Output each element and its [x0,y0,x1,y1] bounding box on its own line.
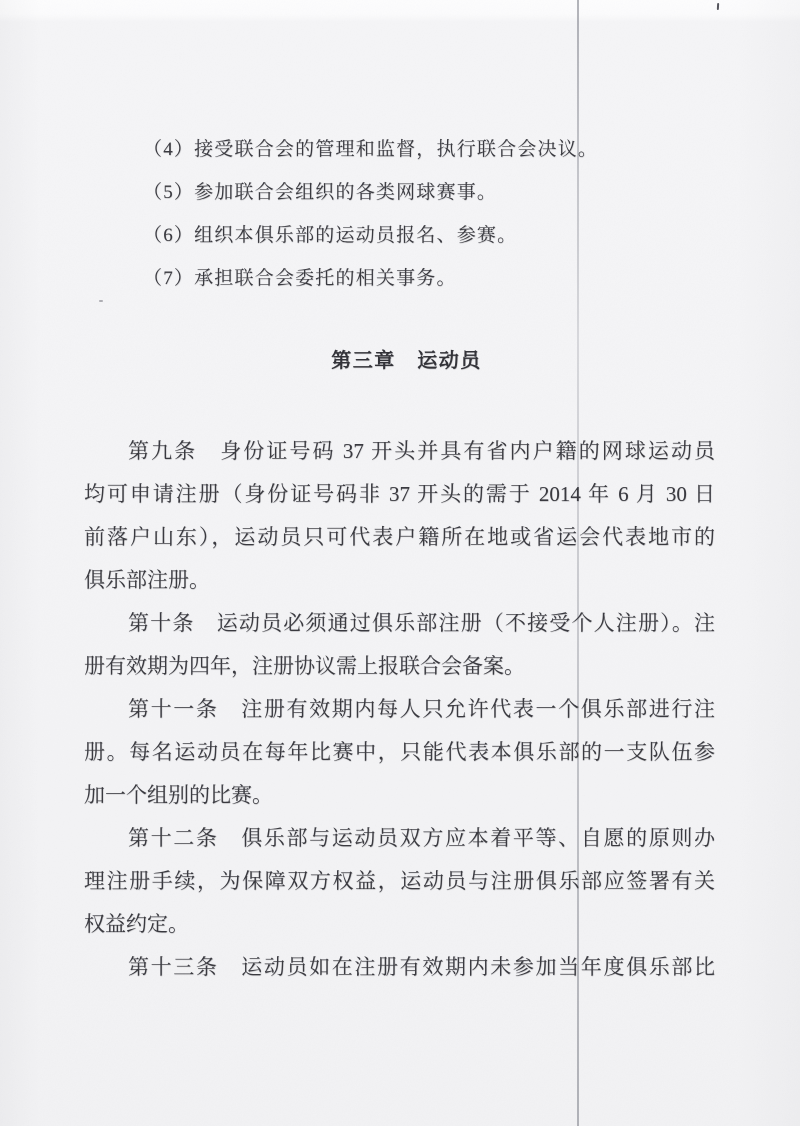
article-12-line: 理注册手续，为保障双方权益，运动员与注册俱乐部应签署有关 [84,860,715,903]
clause-item-7: （7）承担联合会委托的相关事务。 [143,257,703,300]
article-9-line: 俱乐部注册。 [84,559,715,602]
article-11-line: 加一个组别的比赛。 [84,774,715,817]
article-9-line: 均可申请注册（身份证号码非 37 开头的需于 2014 年 6 月 30 日 [84,473,715,516]
chapter-heading: 第三章 运动员 [84,340,715,383]
corner-speck [717,3,719,10]
article-13-line: 第十三条 运动员如在注册有效期内未参加当年度俱乐部比 [84,946,715,989]
article-11-line: 第十一条 注册有效期内每人只允许代表一个俱乐部进行注 [84,688,715,731]
article-10-line: 第十条 运动员必须通过俱乐部注册（不接受个人注册）。注 [84,602,715,645]
article-9-line: 第九条 身份证号码 37 开头并具有省内户籍的网球运动员 [84,430,715,473]
document-body: 第九条 身份证号码 37 开头并具有省内户籍的网球运动员 均可申请注册（身份证号… [84,430,715,989]
clause-item-5: （5）参加联合会组织的各类网球赛事。 [143,171,703,214]
scanned-document-page: （4）接受联合会的管理和监督，执行联合会决议。 （5）参加联合会组织的各类网球赛… [0,0,800,1126]
clause-item-6: （6）组织本俱乐部的运动员报名、参赛。 [143,214,703,257]
clause-list: （4）接受联合会的管理和监督，执行联合会决议。 （5）参加联合会组织的各类网球赛… [143,128,703,300]
article-11-line: 册。每名运动员在每年比赛中，只能代表本俱乐部的一支队伍参 [84,731,715,774]
clause-item-4: （4）接受联合会的管理和监督，执行联合会决议。 [143,128,703,171]
article-12-line: 权益约定。 [84,903,715,946]
article-12-line: 第十二条 俱乐部与运动员双方应本着平等、自愿的原则办 [84,817,715,860]
edge-speck [99,300,103,302]
article-9-line: 前落户山东），运动员只可代表户籍所在地或省运会代表地市的 [84,516,715,559]
article-10-line: 册有效期为四年，注册协议需上报联合会备案。 [84,645,715,688]
